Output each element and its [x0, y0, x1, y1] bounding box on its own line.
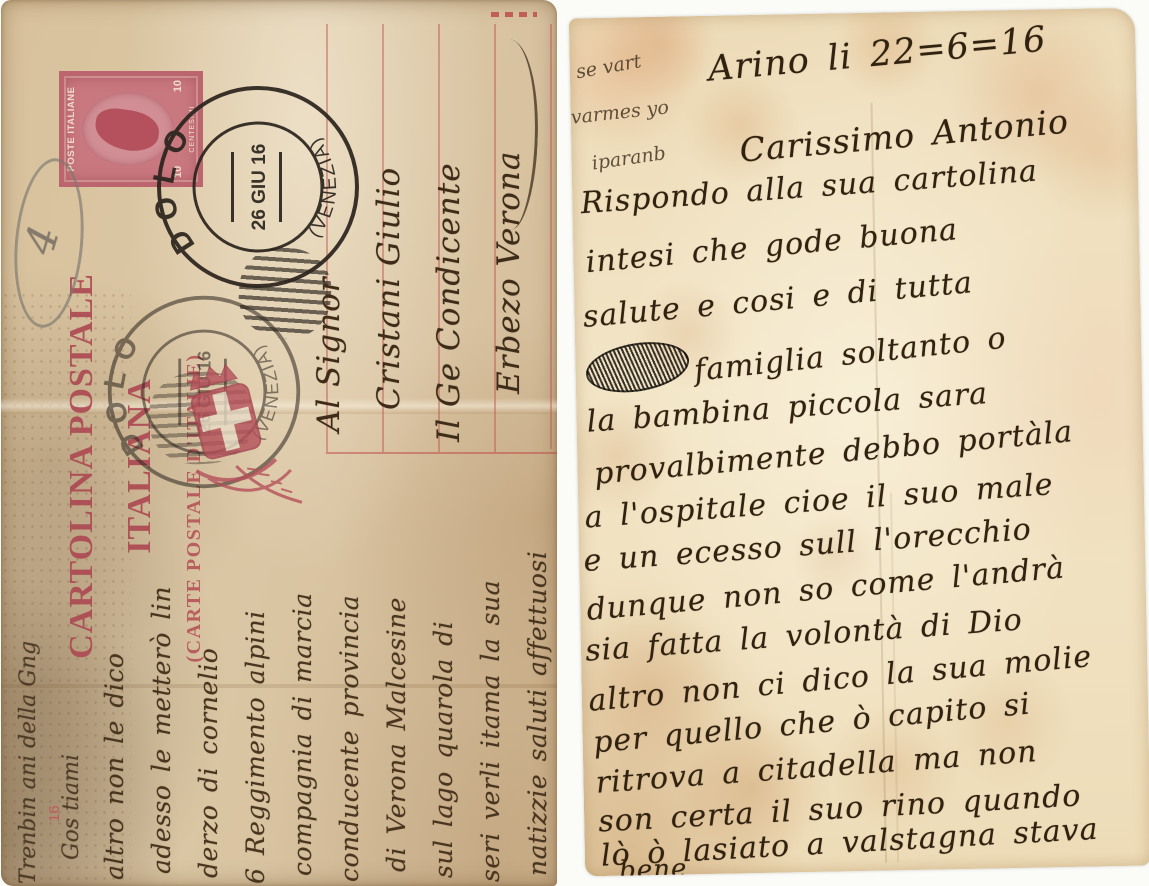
handwriting-line: altro non le dico	[91, 440, 138, 884]
handwriting-line: sul lago quarola di	[420, 440, 467, 884]
inverted-marginalia: se vart	[574, 50, 643, 83]
address-line: Il Ge Condicente	[419, 26, 479, 446]
handwriting-line: salute e cosi e di tutta	[581, 265, 974, 335]
inverted-marginalia: iparanb	[590, 142, 667, 174]
postcard-message-side: Arino li 22=6=16 se vart varmes yo ipara…	[569, 8, 1149, 877]
handwriting-line: derzo di cornelio	[185, 440, 232, 884]
message-block: altro non le dico adesso le metterò lin …	[91, 440, 557, 884]
dateline: Arino li 22=6=16	[706, 20, 1048, 90]
handwriting-line: Gos tiami	[50, 612, 93, 884]
handwriting-line: di Verona Malcesine	[373, 440, 420, 884]
ink-scribble	[582, 335, 692, 399]
pencil-number: 4	[14, 220, 69, 260]
handwriting-line: adesso le metterò lin	[138, 440, 185, 884]
address-line: Cristani Giulio	[359, 26, 419, 446]
handwriting-line: intesi che gode buona	[584, 212, 959, 280]
corner-scribble-block: Trenbin ani della Gng Gos tiami	[7, 612, 93, 884]
handwriting-line: conducente provincia	[326, 440, 373, 884]
postcard-front: CARTOLINA POSTALE ITALIANA (CARTE POSTAL…	[1, 0, 557, 886]
king-portrait-silhouette	[93, 106, 162, 155]
handwriting-line: bene	[619, 854, 688, 877]
handwriting-line: Trenbin ani della Gng	[7, 612, 50, 884]
handwriting-line: compagnia di marcia	[279, 440, 326, 884]
red-dash-marks	[491, 12, 537, 17]
address-line: Al Signor	[299, 26, 359, 446]
handwriting-line: 6 Reggimento alpini	[232, 440, 279, 884]
inverted-marginalia: varmes yo	[570, 96, 670, 128]
handwriting-line: natizzie saluti affettuosi	[514, 440, 557, 884]
handwriting-line: seri verli itama la sua	[467, 440, 514, 884]
postmark-date: 26 GIU 16	[249, 144, 270, 231]
